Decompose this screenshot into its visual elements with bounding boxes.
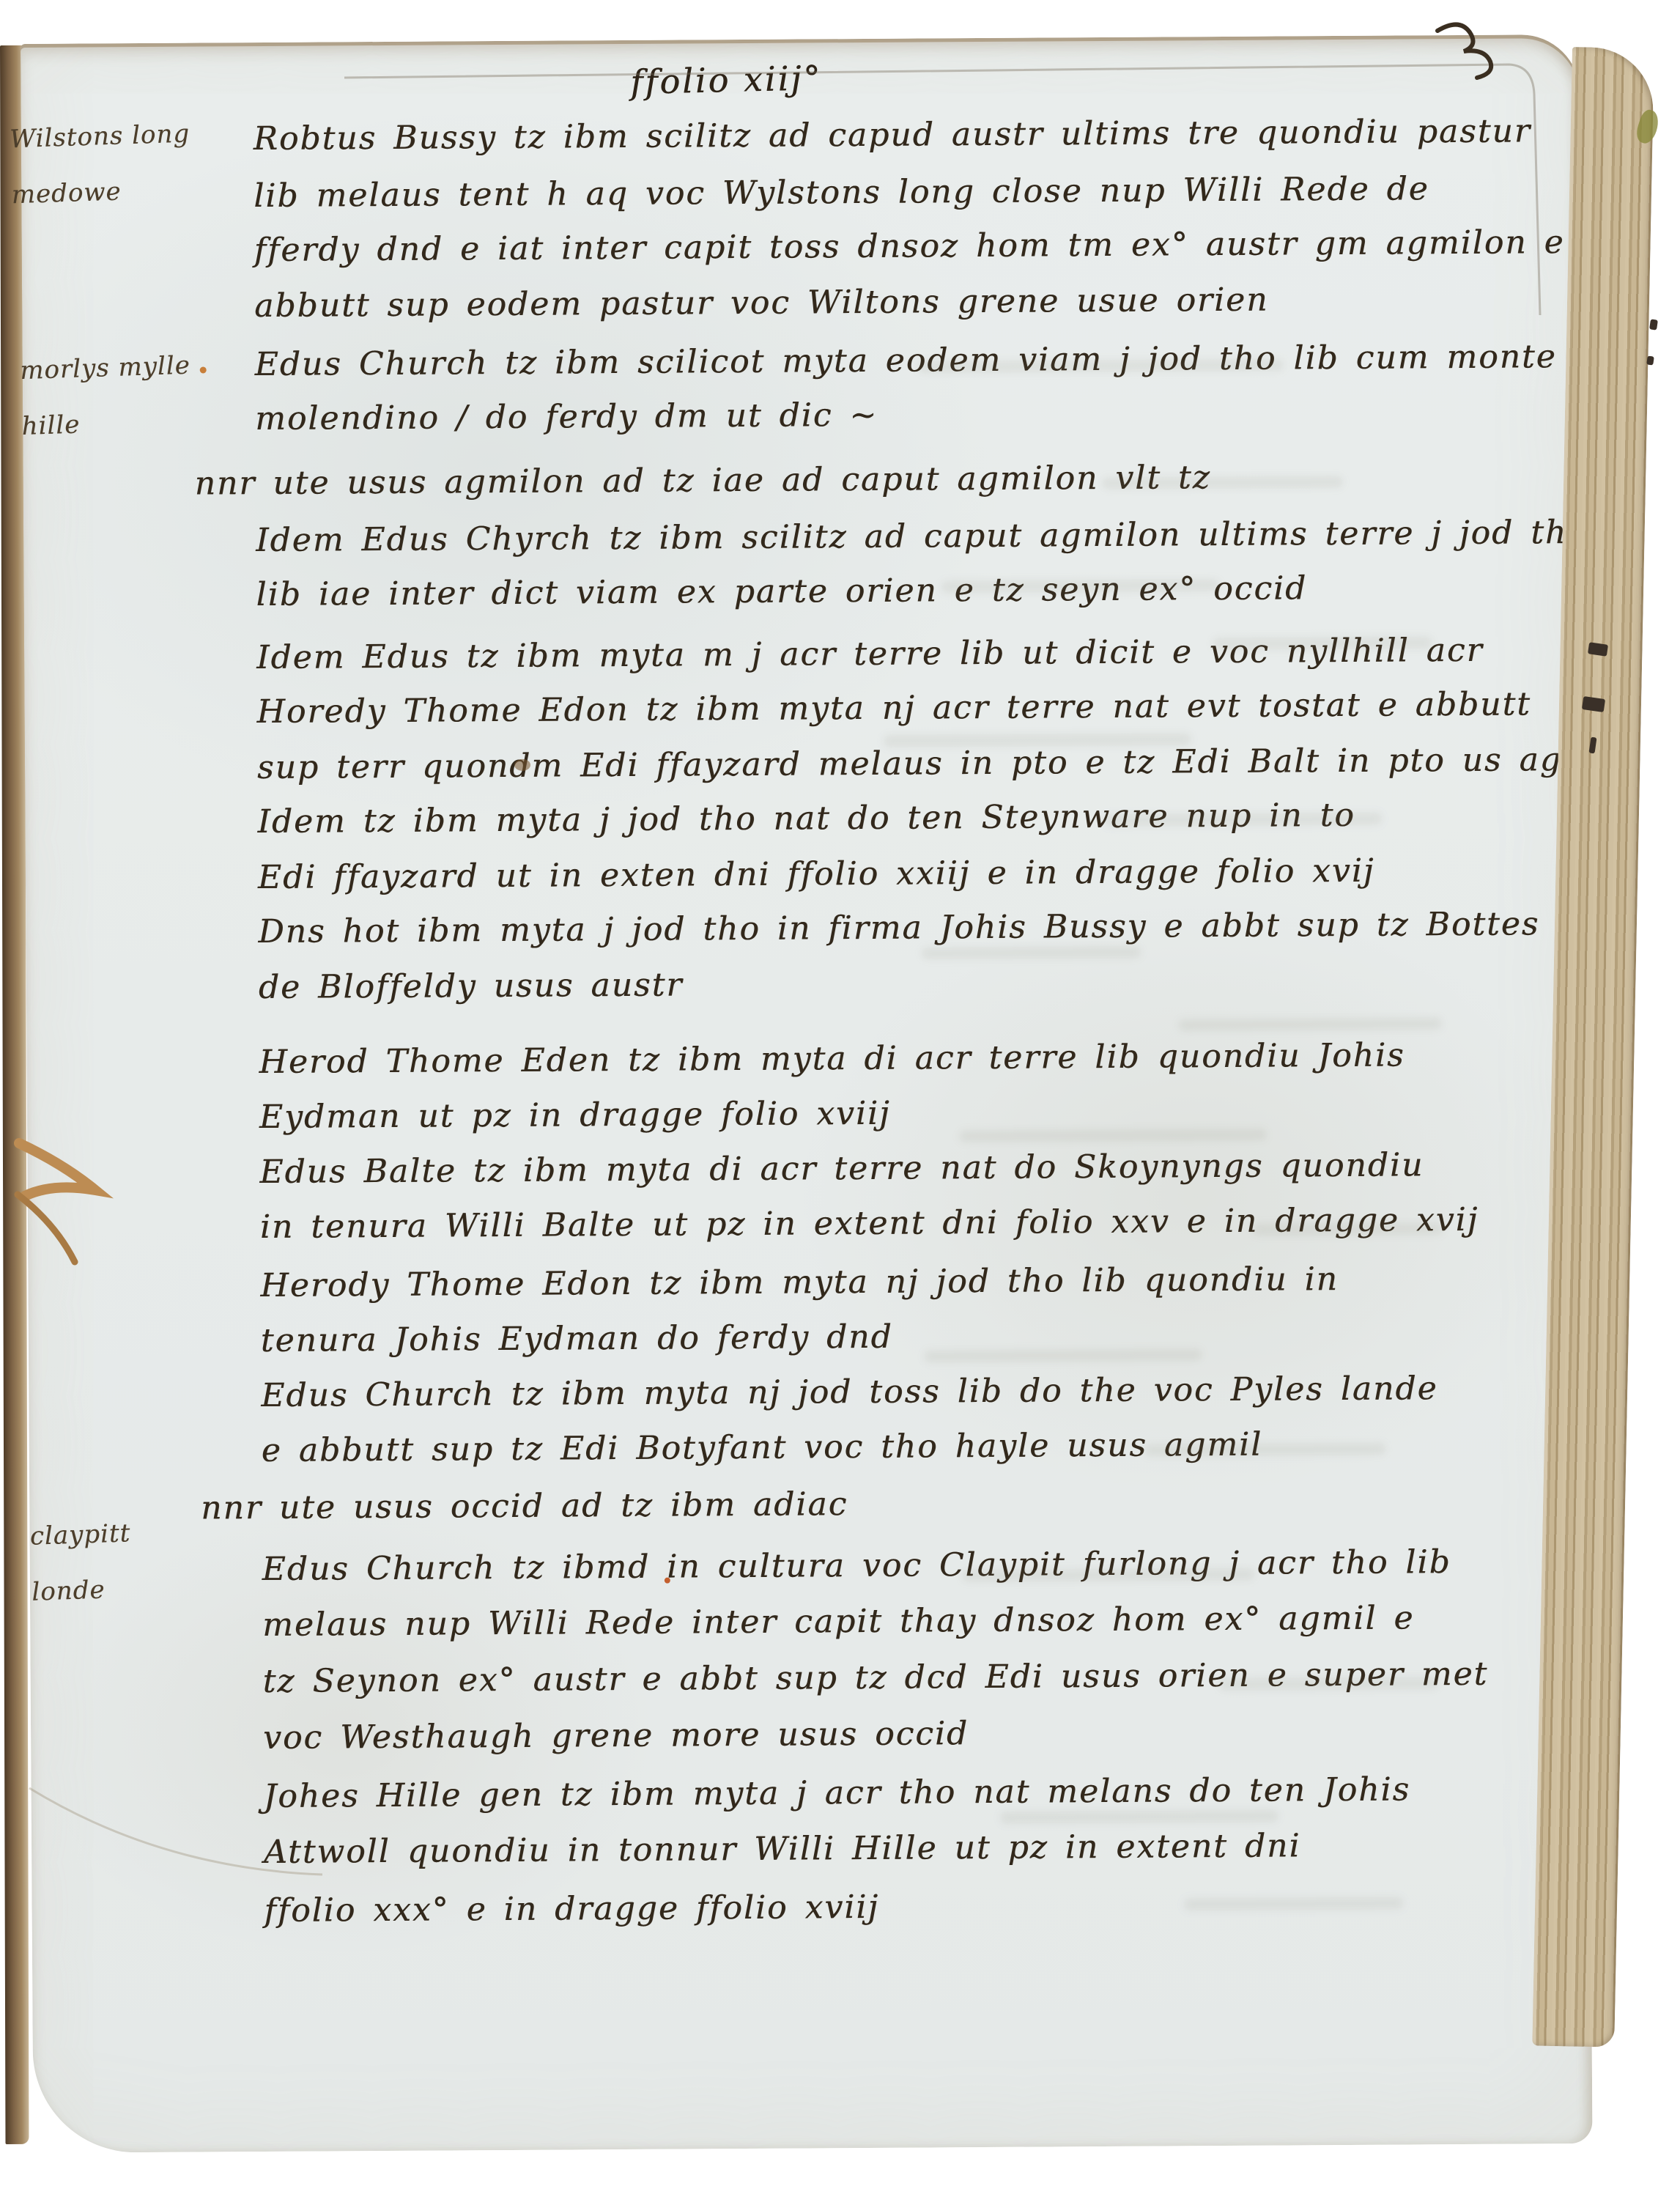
manuscript-line: de Bloffeldy usus austr (259, 970, 684, 1005)
manuscript-line: sup terr quondm Edi ffayzard melaus in p… (257, 744, 1618, 784)
manuscript-line: Herod Thome Eden tz ibm myta di acr terr… (259, 1039, 1405, 1079)
manuscript-line: Edus Church tz ibm myta nj jod toss lib … (261, 1373, 1438, 1412)
manuscript-line: Horedy Thome Edon tz ibm myta nj acr ter… (256, 688, 1531, 728)
margin-note-line: londe (32, 1576, 133, 1604)
manuscript-line: molendino / do ferdy dm ut dic ~ (255, 399, 878, 435)
manuscript-line: lib melaus tent h aq voc Wylstons long c… (254, 173, 1429, 213)
show-through-streak (922, 946, 1141, 960)
show-through-streak (1183, 1897, 1403, 1911)
margin-note-line: hille (21, 409, 193, 439)
show-through-streak (1103, 813, 1382, 827)
manuscript-line: nnr ute usus occid ad tz ibm adiac (201, 1488, 848, 1524)
manuscript-line: Edus Balte tz ibm myta di acr terre nat … (259, 1149, 1424, 1189)
manuscript-line: lib iae inter dict viam ex parte orien e… (256, 572, 1307, 611)
margin-note-morlys-mylle-hille: morlys myllehille (20, 353, 193, 470)
show-through-streak (959, 1129, 1267, 1143)
show-through-streak (1144, 1443, 1386, 1457)
show-through-streak (1000, 1810, 1278, 1824)
manuscript-line: Edi ffayzard ut in exten dni ffolio xxii… (258, 855, 1375, 894)
margin-note-claypitt-londe: claypittlonde (29, 1521, 133, 1635)
show-through-streak (1219, 1677, 1439, 1691)
scan-background: { "document": { "header": { "folio_label… (0, 0, 1680, 2186)
pigment-dot (665, 1578, 670, 1584)
manuscript-line: Attwoll quondiu in tonnur Willi Hille ut… (264, 1830, 1301, 1869)
manuscript-line: e abbutt sup tz Edi Botyfant voc tho hay… (262, 1429, 1263, 1467)
show-through-streak (1253, 1222, 1443, 1236)
manuscript-line: ffolio xxx° e in dragge ffolio xviij (264, 1891, 879, 1927)
fore-edge-ink-mark (1646, 355, 1654, 365)
manuscript-line: Edus Church tz ibm scilicot myta eodem v… (255, 341, 1557, 381)
manuscript-line: fferdy dnd e iat inter capit toss dnsoz … (254, 226, 1565, 267)
text-layer: ffolio xiij° Robtus Bussy tz ibm scilitz… (21, 34, 1593, 2153)
manuscript-line: tenura Johis Eydman do ferdy dnd (261, 1321, 893, 1357)
ink-blot (514, 759, 530, 771)
manuscript-line: nnr ute usus agmilon ad tz iae ad caput … (195, 462, 1211, 500)
manuscript-line: Robtus Bussy tz ibm scilitz ad capud aus… (254, 115, 1531, 155)
manuscript-line: Herody Thome Edon tz ibm myta nj jod tho… (260, 1263, 1339, 1302)
show-through-streak (1178, 1017, 1442, 1031)
fore-edge-ink-mark (1588, 642, 1608, 656)
show-through-streak (941, 579, 1219, 593)
fore-edge-ink-mark (1649, 319, 1658, 330)
margin-note-line: medowe (11, 177, 192, 207)
manuscript-line: Edus Church tz ibmd in cultura voc Clayp… (262, 1546, 1451, 1586)
manuscript-line: Idem Edus Chyrch tz ibm scilitz ad caput… (256, 517, 1588, 557)
show-through-streak (962, 1568, 1255, 1582)
margin-note-line: morlys mylle (20, 353, 191, 383)
manuscript-line: abbutt sup eodem pastur voc Wiltons gren… (254, 284, 1269, 322)
show-through-streak (884, 733, 1191, 747)
manuscript-line: voc Westhaugh grene more usus occid (263, 1718, 969, 1754)
margin-note-wiltons-long-medowe: Wilstons longmedowe (10, 121, 193, 238)
show-through-streak (918, 358, 1284, 373)
manuscript-line: Johes Hille gen tz ibm myta j acr tho na… (263, 1773, 1410, 1813)
show-through-streak (1213, 636, 1432, 650)
manuscript-page: ffolio xiij° Robtus Bussy tz ibm scilitz… (21, 34, 1593, 2153)
show-through-streak (1102, 476, 1344, 490)
margin-note-line: claypitt (29, 1521, 130, 1548)
pigment-dot (200, 366, 207, 373)
show-through-streak (924, 1348, 1202, 1362)
manuscript-line: melaus nup Willi Rede inter capit thay d… (262, 1602, 1415, 1642)
manuscript-line: Eydman ut pz in dragge folio xviij (259, 1098, 891, 1134)
margin-note-line: Wilstons long (10, 121, 190, 152)
manuscript-line: Dns hot ibm myta j jod tho in firma Johi… (258, 908, 1539, 948)
folio-header: ffolio xiij° (630, 58, 823, 102)
